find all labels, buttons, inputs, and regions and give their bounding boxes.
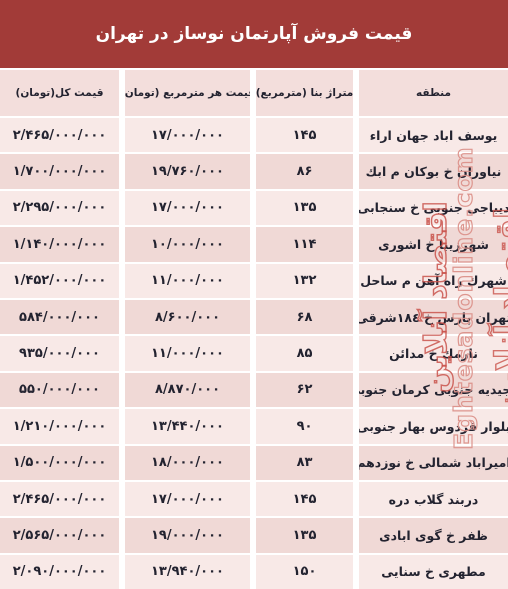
region-cell: نیاوران خ بوکان م ابك: [359, 154, 508, 188]
area-cell: ۱۴۵: [256, 482, 353, 516]
price-per-m2-cell: ۱۳/۴۴۰/۰۰۰: [125, 409, 250, 443]
region-cell: شهرزیبا خ اشوری: [359, 227, 508, 261]
price-per-m2-cell: ۱۷/۰۰۰/۰۰۰: [125, 118, 250, 152]
area-cell: ۱۳۵: [256, 518, 353, 552]
area-cell: ۱۳۲: [256, 264, 353, 298]
area-cell: ۸۳: [256, 446, 353, 480]
region-cell: مطهری خ سنایی: [359, 555, 508, 589]
area-cell: ۹۰: [256, 409, 353, 443]
region-cell: ظفر خ گوی ابادی: [359, 518, 508, 552]
table-row: ظفر خ گوی ابادی ۱۳۵ ۱۹/۰۰۰/۰۰۰ ۲/۵۶۵/۰۰۰…: [0, 518, 508, 552]
price-per-m2-cell: ۸/۶۰۰/۰۰۰: [125, 300, 250, 334]
header-price-per-m2: قیمت هر مترمربع (تومان): [125, 70, 250, 116]
total-price-cell: ۲/۰۹۰/۰۰۰/۰۰۰: [0, 555, 119, 589]
price-per-m2-cell: ۱۱/۰۰۰/۰۰۰: [125, 264, 250, 298]
total-price-cell: ۱/۵۰۰/۰۰۰/۰۰۰: [0, 446, 119, 480]
table-row: دربند گلاب دره ۱۴۵ ۱۷/۰۰۰/۰۰۰ ۲/۴۶۵/۰۰۰/…: [0, 482, 508, 516]
region-cell: شهرك راه آهن م ساحل: [359, 264, 508, 298]
area-cell: ۱۳۵: [256, 191, 353, 225]
price-table-infographic: قیمت فروش آپارتمان نوساز در تهران منطقه …: [0, 0, 508, 589]
region-cell: دیباجی جنوبی خ سنجابی: [359, 191, 508, 225]
total-price-cell: ۱/۲۱۰/۰۰۰/۰۰۰: [0, 409, 119, 443]
total-price-cell: ۹۳۵/۰۰۰/۰۰۰: [0, 336, 119, 370]
region-cell: امیراباد شمالی خ نوزدهم: [359, 446, 508, 480]
table-row: شهرك راه آهن م ساحل ۱۳۲ ۱۱/۰۰۰/۰۰۰ ۱/۴۵۲…: [0, 264, 508, 298]
price-per-m2-cell: ۱۸/۰۰۰/۰۰۰: [125, 446, 250, 480]
price-per-m2-cell: ۱۰/۰۰۰/۰۰۰: [125, 227, 250, 261]
price-per-m2-cell: ۸/۸۷۰/۰۰۰: [125, 373, 250, 407]
price-per-m2-cell: ۱۷/۰۰۰/۰۰۰: [125, 191, 250, 225]
area-cell: ۱۴۵: [256, 118, 353, 152]
table-row: نارمك خ مدائن ۸۵ ۱۱/۰۰۰/۰۰۰ ۹۳۵/۰۰۰/۰۰۰: [0, 336, 508, 370]
table-row: امیراباد شمالی خ نوزدهم ۸۳ ۱۸/۰۰۰/۰۰۰ ۱/…: [0, 446, 508, 480]
area-cell: ۸۵: [256, 336, 353, 370]
region-cell: مجیدیه جنوبی کرمان جنوبی: [359, 373, 508, 407]
price-per-m2-cell: ۱۳/۹۴۰/۰۰۰: [125, 555, 250, 589]
region-cell: دربند گلاب دره: [359, 482, 508, 516]
price-per-m2-cell: ۱۹/۷۶۰/۰۰۰: [125, 154, 250, 188]
area-cell: ۱۱۴: [256, 227, 353, 261]
total-price-cell: ۲/۲۹۵/۰۰۰/۰۰۰: [0, 191, 119, 225]
region-cell: بلوار فردوس بهار جنوبی: [359, 409, 508, 443]
price-per-m2-cell: ۱۱/۰۰۰/۰۰۰: [125, 336, 250, 370]
header-region: منطقه: [359, 70, 508, 116]
page-title: قیمت فروش آپارتمان نوساز در تهران: [0, 0, 508, 68]
table-row: نیاوران خ بوکان م ابك ۸۶ ۱۹/۷۶۰/۰۰۰ ۱/۷۰…: [0, 154, 508, 188]
table-row: شهرزیبا خ اشوری ۱۱۴ ۱۰/۰۰۰/۰۰۰ ۱/۱۴۰/۰۰۰…: [0, 227, 508, 261]
table-row: دیباجی جنوبی خ سنجابی ۱۳۵ ۱۷/۰۰۰/۰۰۰ ۲/۲…: [0, 191, 508, 225]
table-row: مطهری خ سنایی ۱۵۰ ۱۳/۹۴۰/۰۰۰ ۲/۰۹۰/۰۰۰/۰…: [0, 555, 508, 589]
total-price-cell: ۲/۴۶۵/۰۰۰/۰۰۰: [0, 118, 119, 152]
total-price-cell: ۲/۴۶۵/۰۰۰/۰۰۰: [0, 482, 119, 516]
region-cell: تهران پارس خ ۱۸٤شرقی: [359, 300, 508, 334]
table-row: بلوار فردوس بهار جنوبی ۹۰ ۱۳/۴۴۰/۰۰۰ ۱/۲…: [0, 409, 508, 443]
header-area: متراژ بنا (مترمربع): [256, 70, 353, 116]
price-per-m2-cell: ۱۹/۰۰۰/۰۰۰: [125, 518, 250, 552]
total-price-cell: ۱/۷۰۰/۰۰۰/۰۰۰: [0, 154, 119, 188]
table-row: مجیدیه جنوبی کرمان جنوبی ۶۲ ۸/۸۷۰/۰۰۰ ۵۵…: [0, 373, 508, 407]
total-price-cell: ۵۵۰/۰۰۰/۰۰۰: [0, 373, 119, 407]
area-cell: ۱۵۰: [256, 555, 353, 589]
area-cell: ۶۸: [256, 300, 353, 334]
total-price-cell: ۵۸۴/۰۰۰/۰۰۰: [0, 300, 119, 334]
price-per-m2-cell: ۱۷/۰۰۰/۰۰۰: [125, 482, 250, 516]
table-header-row: منطقه متراژ بنا (مترمربع) قیمت هر مترمرب…: [0, 70, 508, 116]
total-price-cell: ۱/۴۵۲/۰۰۰/۰۰۰: [0, 264, 119, 298]
region-cell: یوسف اباد جهان اراء: [359, 118, 508, 152]
header-total-price: قیمت کل(تومان): [0, 70, 119, 116]
total-price-cell: ۲/۵۶۵/۰۰۰/۰۰۰: [0, 518, 119, 552]
area-cell: ۶۲: [256, 373, 353, 407]
price-table: منطقه متراژ بنا (مترمربع) قیمت هر مترمرب…: [0, 70, 508, 589]
area-cell: ۸۶: [256, 154, 353, 188]
region-cell: نارمك خ مدائن: [359, 336, 508, 370]
table-row: تهران پارس خ ۱۸٤شرقی ۶۸ ۸/۶۰۰/۰۰۰ ۵۸۴/۰۰…: [0, 300, 508, 334]
table-row: یوسف اباد جهان اراء ۱۴۵ ۱۷/۰۰۰/۰۰۰ ۲/۴۶۵…: [0, 118, 508, 152]
total-price-cell: ۱/۱۴۰/۰۰۰/۰۰۰: [0, 227, 119, 261]
